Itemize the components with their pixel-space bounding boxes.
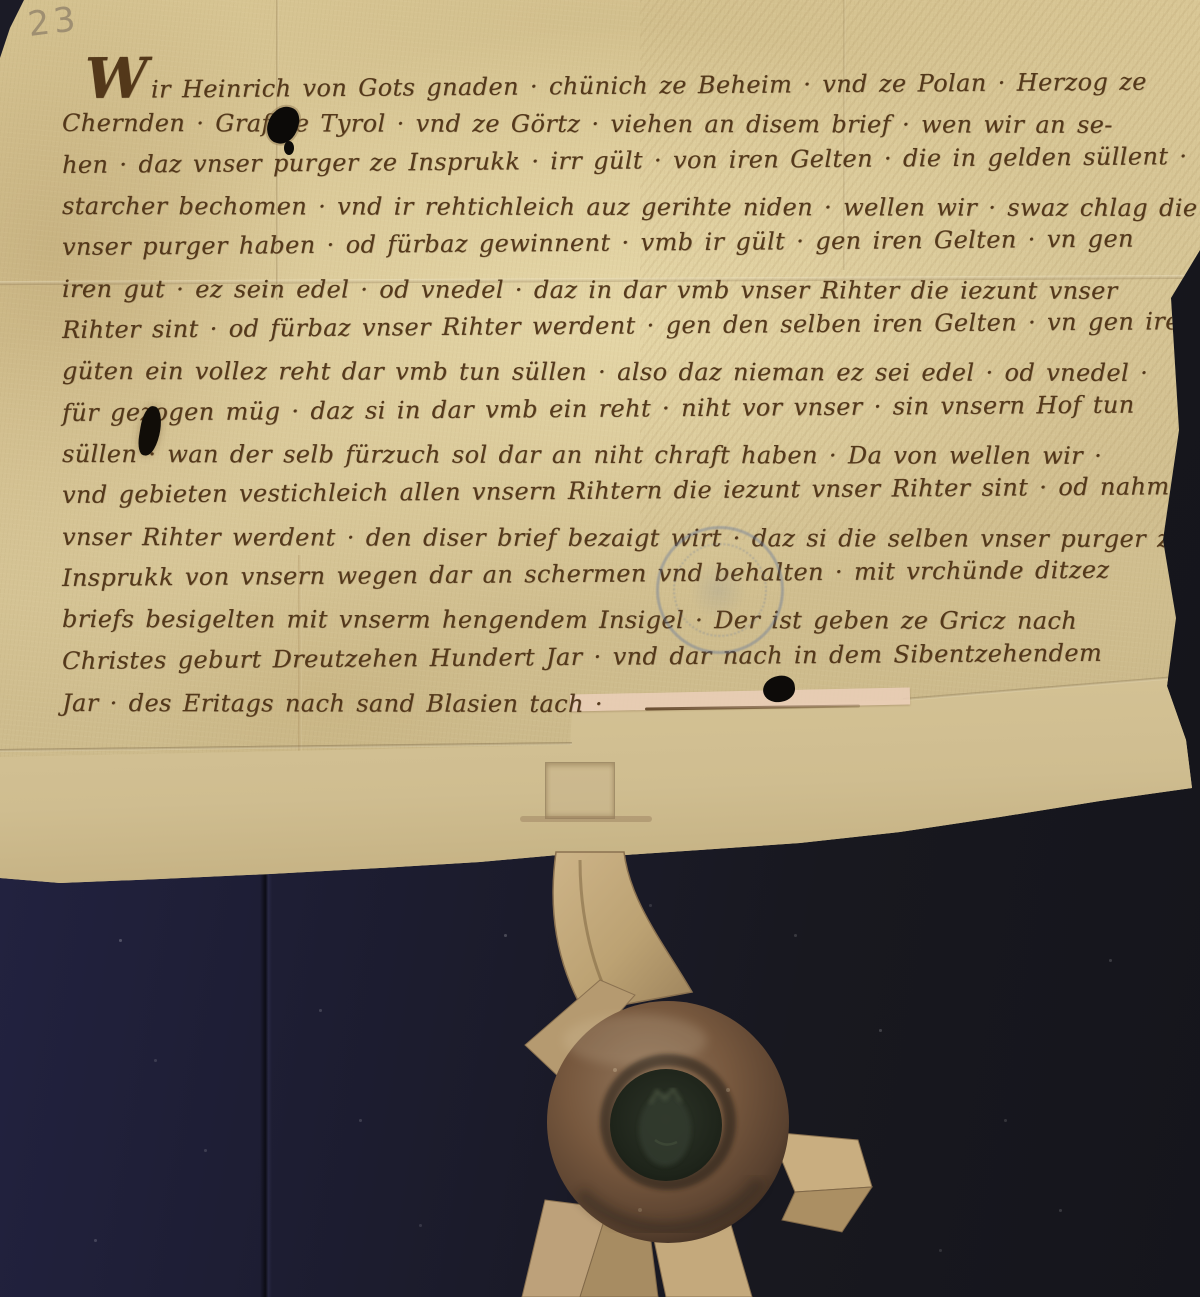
text-line: vnd gebieten vestichleich allen vnsern R…: [62, 469, 1200, 512]
text-line: Christes geburt Dreutzehen Hundert Jar ·…: [62, 636, 1102, 678]
text-line: iren gut · ez sein edel · od vnedel · da…: [62, 272, 1118, 308]
text-line: Chernden · Graf ze Tyrol · vnd ze Görtz …: [62, 106, 1113, 142]
seal-bust-relief: [639, 1094, 691, 1166]
tag-slit: [545, 762, 615, 819]
cloth-seam: [260, 850, 272, 1297]
text-line: Wir Heinrich von Gots gnaden · chünich z…: [85, 54, 1147, 107]
text-line: hen · daz vnser purger ze Insprukk · irr…: [62, 139, 1188, 182]
charter-photograph: 23 Wir Heinrich von Gots gnaden · chünic…: [0, 0, 1200, 1297]
archive-stamp-smudge: [690, 560, 746, 620]
text-line: briefs besigelten mit vnserm hengendem I…: [62, 602, 1077, 638]
text-line: starcher bechomen · vnd ir rehtichleich …: [62, 189, 1200, 225]
charter-text: Wir Heinrich von Gots gnaden · chünich z…: [0, 0, 1200, 760]
text-line: Rihter sint · od fürbaz vnser Rihter wer…: [62, 304, 1196, 347]
text-line: vnser Rihter werdent · den diser brief b…: [62, 520, 1185, 556]
text-line: Insprukk von vnsern wegen dar an scherme…: [62, 553, 1110, 595]
parchment: 23 Wir Heinrich von Gots gnaden · chünic…: [0, 0, 1200, 890]
text-line: güten ein vollez reht dar vmb tun süllen…: [62, 354, 1148, 390]
text-line: für gezogen müg · daz si in dar vmb ein …: [62, 388, 1135, 430]
slit-cut-line: [520, 816, 652, 822]
seal-and-tag: [430, 840, 970, 1297]
parchment-hole-small: [284, 141, 294, 155]
text-line: vnser purger haben · od fürbaz gewinnent…: [62, 222, 1134, 264]
text-line: Jar · des Eritags nach sand Blasien tach…: [62, 686, 603, 721]
dust-specks: [0, 0, 1, 1]
text-line: süllen · wan der selb fürzuch sol dar an…: [62, 437, 1102, 473]
parchment-tag: [553, 852, 692, 1012]
